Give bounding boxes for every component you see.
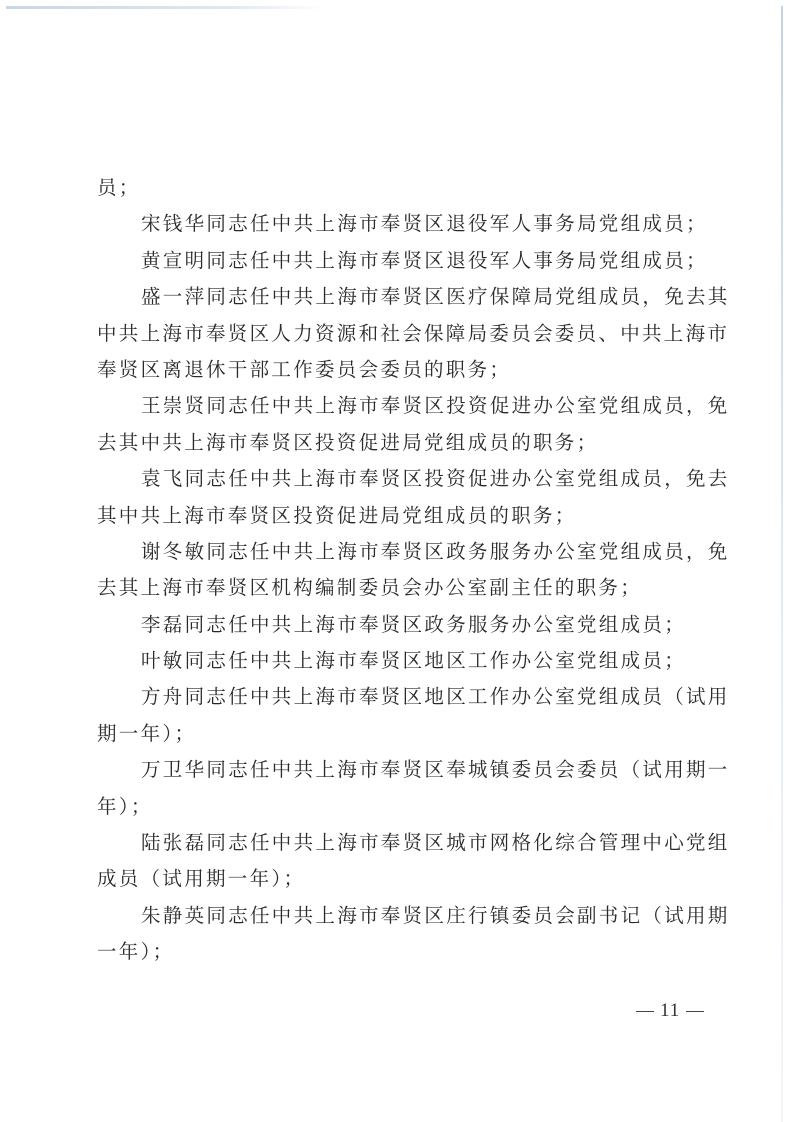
scan-edge-right bbox=[781, 6, 783, 1122]
page-number-dash-left bbox=[636, 1011, 654, 1012]
page-number-dash-right bbox=[686, 1011, 704, 1012]
appointment-line: 王崇贤同志任中共上海市奉贤区投资促进办公室党组成员，免 bbox=[97, 388, 702, 424]
appointment-line: 叶敏同志任中共上海市奉贤区地区工作办公室党组成员； bbox=[97, 643, 702, 679]
appointment-line: 谢冬敏同志任中共上海市奉贤区政务服务办公室党组成员，免 bbox=[97, 534, 702, 570]
document-body: 员； 宋钱华同志任中共上海市奉贤区退役军人事务局党组成员； 黄宣明同志任中共上海… bbox=[97, 170, 702, 971]
appointment-line: 万卫华同志任中共上海市奉贤区奉城镇委员会委员（试用期一 bbox=[97, 752, 702, 788]
paragraph-continuation-line: 员； bbox=[97, 170, 702, 206]
page-number-value: 11 bbox=[660, 1000, 680, 1021]
appointment-line-continued: 年）； bbox=[97, 789, 702, 825]
appointment-line-continued: 去其上海市奉贤区机构编制委员会办公室副主任的职务； bbox=[97, 570, 702, 606]
appointment-line-continued: 成员（试用期一年）； bbox=[97, 861, 702, 897]
appointment-line-continued: 期一年）； bbox=[97, 716, 702, 752]
appointment-line: 陆张磊同志任中共上海市奉贤区城市网格化综合管理中心党组 bbox=[97, 825, 702, 861]
appointment-line: 黄宣明同志任中共上海市奉贤区退役军人事务局党组成员； bbox=[97, 243, 702, 279]
appointment-line: 宋钱华同志任中共上海市奉贤区退役军人事务局党组成员； bbox=[97, 206, 702, 242]
scan-edge-top bbox=[6, 6, 326, 9]
appointment-line-continued: 奉贤区离退休干部工作委员会委员的职务； bbox=[97, 352, 702, 388]
appointment-line: 李磊同志任中共上海市奉贤区政务服务办公室党组成员； bbox=[97, 607, 702, 643]
appointment-line-continued: 去其中共上海市奉贤区投资促进局党组成员的职务； bbox=[97, 425, 702, 461]
appointment-line-continued: 一年）； bbox=[97, 934, 702, 970]
appointment-line: 方舟同志任中共上海市奉贤区地区工作办公室党组成员（试用 bbox=[97, 679, 702, 715]
page-number: 11 bbox=[630, 1000, 710, 1022]
appointment-line: 朱静英同志任中共上海市奉贤区庄行镇委员会副书记（试用期 bbox=[97, 898, 702, 934]
appointment-line: 盛一萍同志任中共上海市奉贤区医疗保障局党组成员，免去其 bbox=[97, 279, 702, 315]
appointment-line-continued: 中共上海市奉贤区人力资源和社会保障局委员会委员、中共上海市 bbox=[97, 316, 702, 352]
appointment-line: 袁飞同志任中共上海市奉贤区投资促进办公室党组成员，免去 bbox=[97, 461, 702, 497]
appointment-line-continued: 其中共上海市奉贤区投资促进局党组成员的职务； bbox=[97, 498, 702, 534]
